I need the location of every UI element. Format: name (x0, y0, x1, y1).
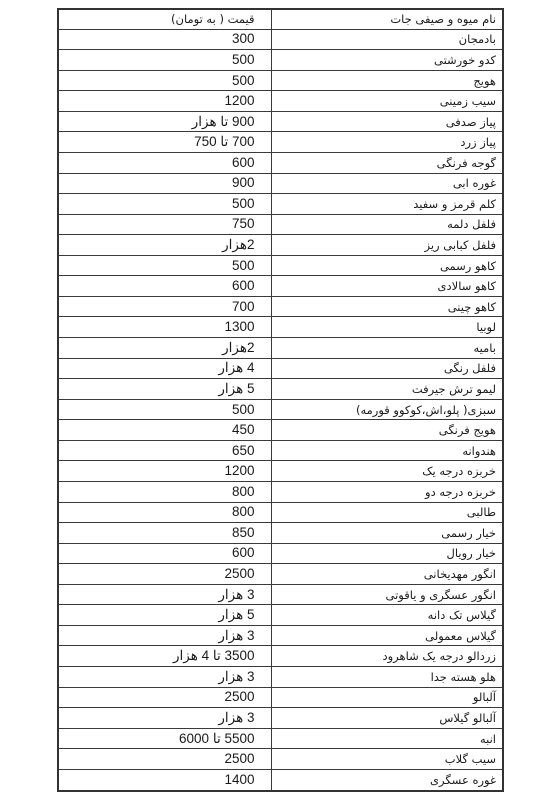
table-row: کلم قرمز و سفید500 (58, 194, 503, 215)
item-price: 500 (65, 257, 265, 275)
item-name: لوبیا (271, 317, 503, 338)
item-name: زردالو درجه یک شاهرود (271, 646, 503, 667)
item-price: 500 (65, 401, 265, 419)
item-name: کلم قرمز و سفید (271, 194, 503, 215)
item-price: 5 هزار (65, 606, 265, 624)
item-price: 2500 (65, 688, 265, 706)
table-row: گیلاس معمولی3 هزار (58, 625, 503, 646)
item-price-cell: 1200 (58, 91, 271, 112)
column-header-name: نام میوه و صیفی جات (271, 9, 503, 29)
table-row: سیب گلاب2500 (58, 749, 503, 770)
item-name: هویج (271, 70, 503, 91)
item-price: 2هزار (65, 236, 265, 254)
column-header-price: قیمت ( به تومان) (58, 9, 271, 29)
column-header-price-label: قیمت ( به تومان) (65, 10, 265, 28)
item-price: 650 (65, 442, 265, 460)
item-name: هندوانه (271, 440, 503, 461)
item-price-cell: 500 (58, 194, 271, 215)
table-row: بامیه2هزار (58, 338, 503, 359)
item-price-cell: 500 (58, 50, 271, 71)
item-price-cell: 5500 تا 6000 (58, 728, 271, 749)
table-row: غوره ابی900 (58, 173, 503, 194)
table-row: بادمجان300 (58, 29, 503, 50)
item-price: 4 هزار (65, 359, 265, 377)
item-price-cell: 2500 (58, 749, 271, 770)
item-price-cell: 1400 (58, 769, 271, 791)
table-row: آلبالو گیلاس3 هزار (58, 708, 503, 729)
item-price-cell: 2هزار (58, 338, 271, 359)
item-price: 1200 (65, 462, 265, 480)
item-price: 800 (65, 503, 265, 521)
item-price-cell: 600 (58, 152, 271, 173)
item-name: هویج فرنگی (271, 420, 503, 441)
item-price: 700 تا 750 (65, 133, 265, 151)
item-price-cell: 3 هزار (58, 708, 271, 729)
item-price: 2500 (65, 750, 265, 768)
item-price: 600 (65, 154, 265, 172)
item-price-cell: 1300 (58, 317, 271, 338)
table-header-row: نام میوه و صیفی جات قیمت ( به تومان) (58, 9, 503, 29)
table-row: کاهو رسمی500 (58, 255, 503, 276)
item-price-cell: 500 (58, 255, 271, 276)
table-row: زردالو درجه یک شاهرود3500 تا 4 هزار (58, 646, 503, 667)
table-row: غوره عسگری1400 (58, 769, 503, 791)
item-name: خیار رسمی (271, 523, 503, 544)
item-price-cell: 3 هزار (58, 667, 271, 688)
table-row: لوبیا1300 (58, 317, 503, 338)
item-price-cell: 4 هزار (58, 358, 271, 379)
document-page: نام میوه و صیفی جات قیمت ( به تومان) باد… (0, 0, 557, 800)
table-row: خربزه درجه دو800 (58, 481, 503, 502)
item-price-cell: 900 (58, 173, 271, 194)
item-price: 900 تا هزار (65, 113, 265, 131)
table-row: طالبی800 (58, 502, 503, 523)
table-row: هویج فرنگی450 (58, 420, 503, 441)
table-row: خیار رسمی850 (58, 523, 503, 544)
table-row: انبه5500 تا 6000 (58, 728, 503, 749)
item-price-cell: 300 (58, 29, 271, 50)
item-name: بادمجان (271, 29, 503, 50)
item-price: 500 (65, 51, 265, 69)
item-price-cell: 3 هزار (58, 584, 271, 605)
item-name: سبزی( پلو،اش،کوکوو قورمه) (271, 399, 503, 420)
item-price: 850 (65, 524, 265, 542)
item-price: 3500 تا 4 هزار (65, 647, 265, 665)
item-price-cell: 450 (58, 420, 271, 441)
price-table: نام میوه و صیفی جات قیمت ( به تومان) باد… (57, 8, 504, 792)
item-name: لیمو ترش جیرفت (271, 379, 503, 400)
table-row: کاهو چینی700 (58, 296, 503, 317)
item-name: کاهو چینی (271, 296, 503, 317)
item-price: 3 هزار (65, 709, 265, 727)
item-name: خربزه درجه دو (271, 481, 503, 502)
item-price-cell: 500 (58, 399, 271, 420)
item-name: پیاز زرد (271, 132, 503, 153)
item-name: آلبالو گیلاس (271, 708, 503, 729)
item-price: 1400 (65, 771, 265, 789)
item-price: 1200 (65, 92, 265, 110)
item-name: کاهو سالادی (271, 276, 503, 297)
item-name: سیب گلاب (271, 749, 503, 770)
item-price-cell: 5 هزار (58, 379, 271, 400)
item-name: فلفل کبابی ریز (271, 235, 503, 256)
item-price: 900 (65, 174, 265, 192)
item-price: 5500 تا 6000 (65, 730, 265, 748)
item-price: 2هزار (65, 339, 265, 357)
item-price-cell: 3500 تا 4 هزار (58, 646, 271, 667)
item-price-cell: 3 هزار (58, 625, 271, 646)
item-price: 3 هزار (65, 586, 265, 604)
item-name: کدو خورشتی (271, 50, 503, 71)
item-name: سیب زمینی (271, 91, 503, 112)
item-price: 500 (65, 195, 265, 213)
table-row: فلفل دلمه750 (58, 214, 503, 235)
item-price: 300 (65, 30, 265, 48)
item-name: انگور مهدیخانی (271, 564, 503, 585)
item-name: فلفل رنگی (271, 358, 503, 379)
table-row: کاهو سالادی600 (58, 276, 503, 297)
item-name: هلو هسته جدا (271, 667, 503, 688)
item-name: غوره ابی (271, 173, 503, 194)
item-name: آلبالو (271, 687, 503, 708)
item-price-cell: 900 تا هزار (58, 111, 271, 132)
item-name: طالبی (271, 502, 503, 523)
item-price: 600 (65, 277, 265, 295)
item-price-cell: 750 (58, 214, 271, 235)
item-name: بامیه (271, 338, 503, 359)
item-price-cell: 650 (58, 440, 271, 461)
item-price: 3 هزار (65, 627, 265, 645)
item-price-cell: 700 تا 750 (58, 132, 271, 153)
item-price: 750 (65, 215, 265, 233)
table-row: لیمو ترش جیرفت5 هزار (58, 379, 503, 400)
item-name: انبه (271, 728, 503, 749)
table-row: هویج500 (58, 70, 503, 91)
table-row: گوجه فرنگی600 (58, 152, 503, 173)
item-price-cell: 2500 (58, 687, 271, 708)
table-row: هندوانه650 (58, 440, 503, 461)
item-price-cell: 600 (58, 276, 271, 297)
table-row: انگور عسگری و یاقوتی3 هزار (58, 584, 503, 605)
item-price-cell: 850 (58, 523, 271, 544)
item-name: کاهو رسمی (271, 255, 503, 276)
table-row: پیاز صدفی900 تا هزار (58, 111, 503, 132)
table-row: کدو خورشتی500 (58, 50, 503, 71)
item-price-cell: 800 (58, 502, 271, 523)
item-price-cell: 5 هزار (58, 605, 271, 626)
item-price-cell: 700 (58, 296, 271, 317)
table-row: فلفل رنگی4 هزار (58, 358, 503, 379)
item-price-cell: 2500 (58, 564, 271, 585)
table-row: گیلاس تک دانه5 هزار (58, 605, 503, 626)
item-name: خربزه درجه یک (271, 461, 503, 482)
item-price: 5 هزار (65, 380, 265, 398)
item-price-cell: 500 (58, 70, 271, 91)
item-price-cell: 2هزار (58, 235, 271, 256)
item-price-cell: 800 (58, 481, 271, 502)
table-row: پیاز زرد700 تا 750 (58, 132, 503, 153)
item-name: گوجه فرنگی (271, 152, 503, 173)
item-price: 2500 (65, 565, 265, 583)
table-row: فلفل کبابی ریز2هزار (58, 235, 503, 256)
table-row: هلو هسته جدا3 هزار (58, 667, 503, 688)
table-row: آلبالو2500 (58, 687, 503, 708)
item-price: 1300 (65, 318, 265, 336)
table-row: انگور مهدیخانی2500 (58, 564, 503, 585)
item-name: گیلاس تک دانه (271, 605, 503, 626)
item-price: 800 (65, 483, 265, 501)
table-row: سبزی( پلو،اش،کوکوو قورمه)500 (58, 399, 503, 420)
item-price-cell: 1200 (58, 461, 271, 482)
item-name: پیاز صدفی (271, 111, 503, 132)
item-price: 500 (65, 72, 265, 90)
item-price-cell: 600 (58, 543, 271, 564)
item-price: 450 (65, 421, 265, 439)
table-row: خیار رویال600 (58, 543, 503, 564)
table-row: سیب زمینی1200 (58, 91, 503, 112)
item-name: گیلاس معمولی (271, 625, 503, 646)
item-name: انگور عسگری و یاقوتی (271, 584, 503, 605)
item-name: خیار رویال (271, 543, 503, 564)
item-price: 600 (65, 544, 265, 562)
item-name: فلفل دلمه (271, 214, 503, 235)
item-price: 700 (65, 298, 265, 316)
item-name: غوره عسگری (271, 769, 503, 791)
item-price: 3 هزار (65, 668, 265, 686)
table-row: خربزه درجه یک1200 (58, 461, 503, 482)
